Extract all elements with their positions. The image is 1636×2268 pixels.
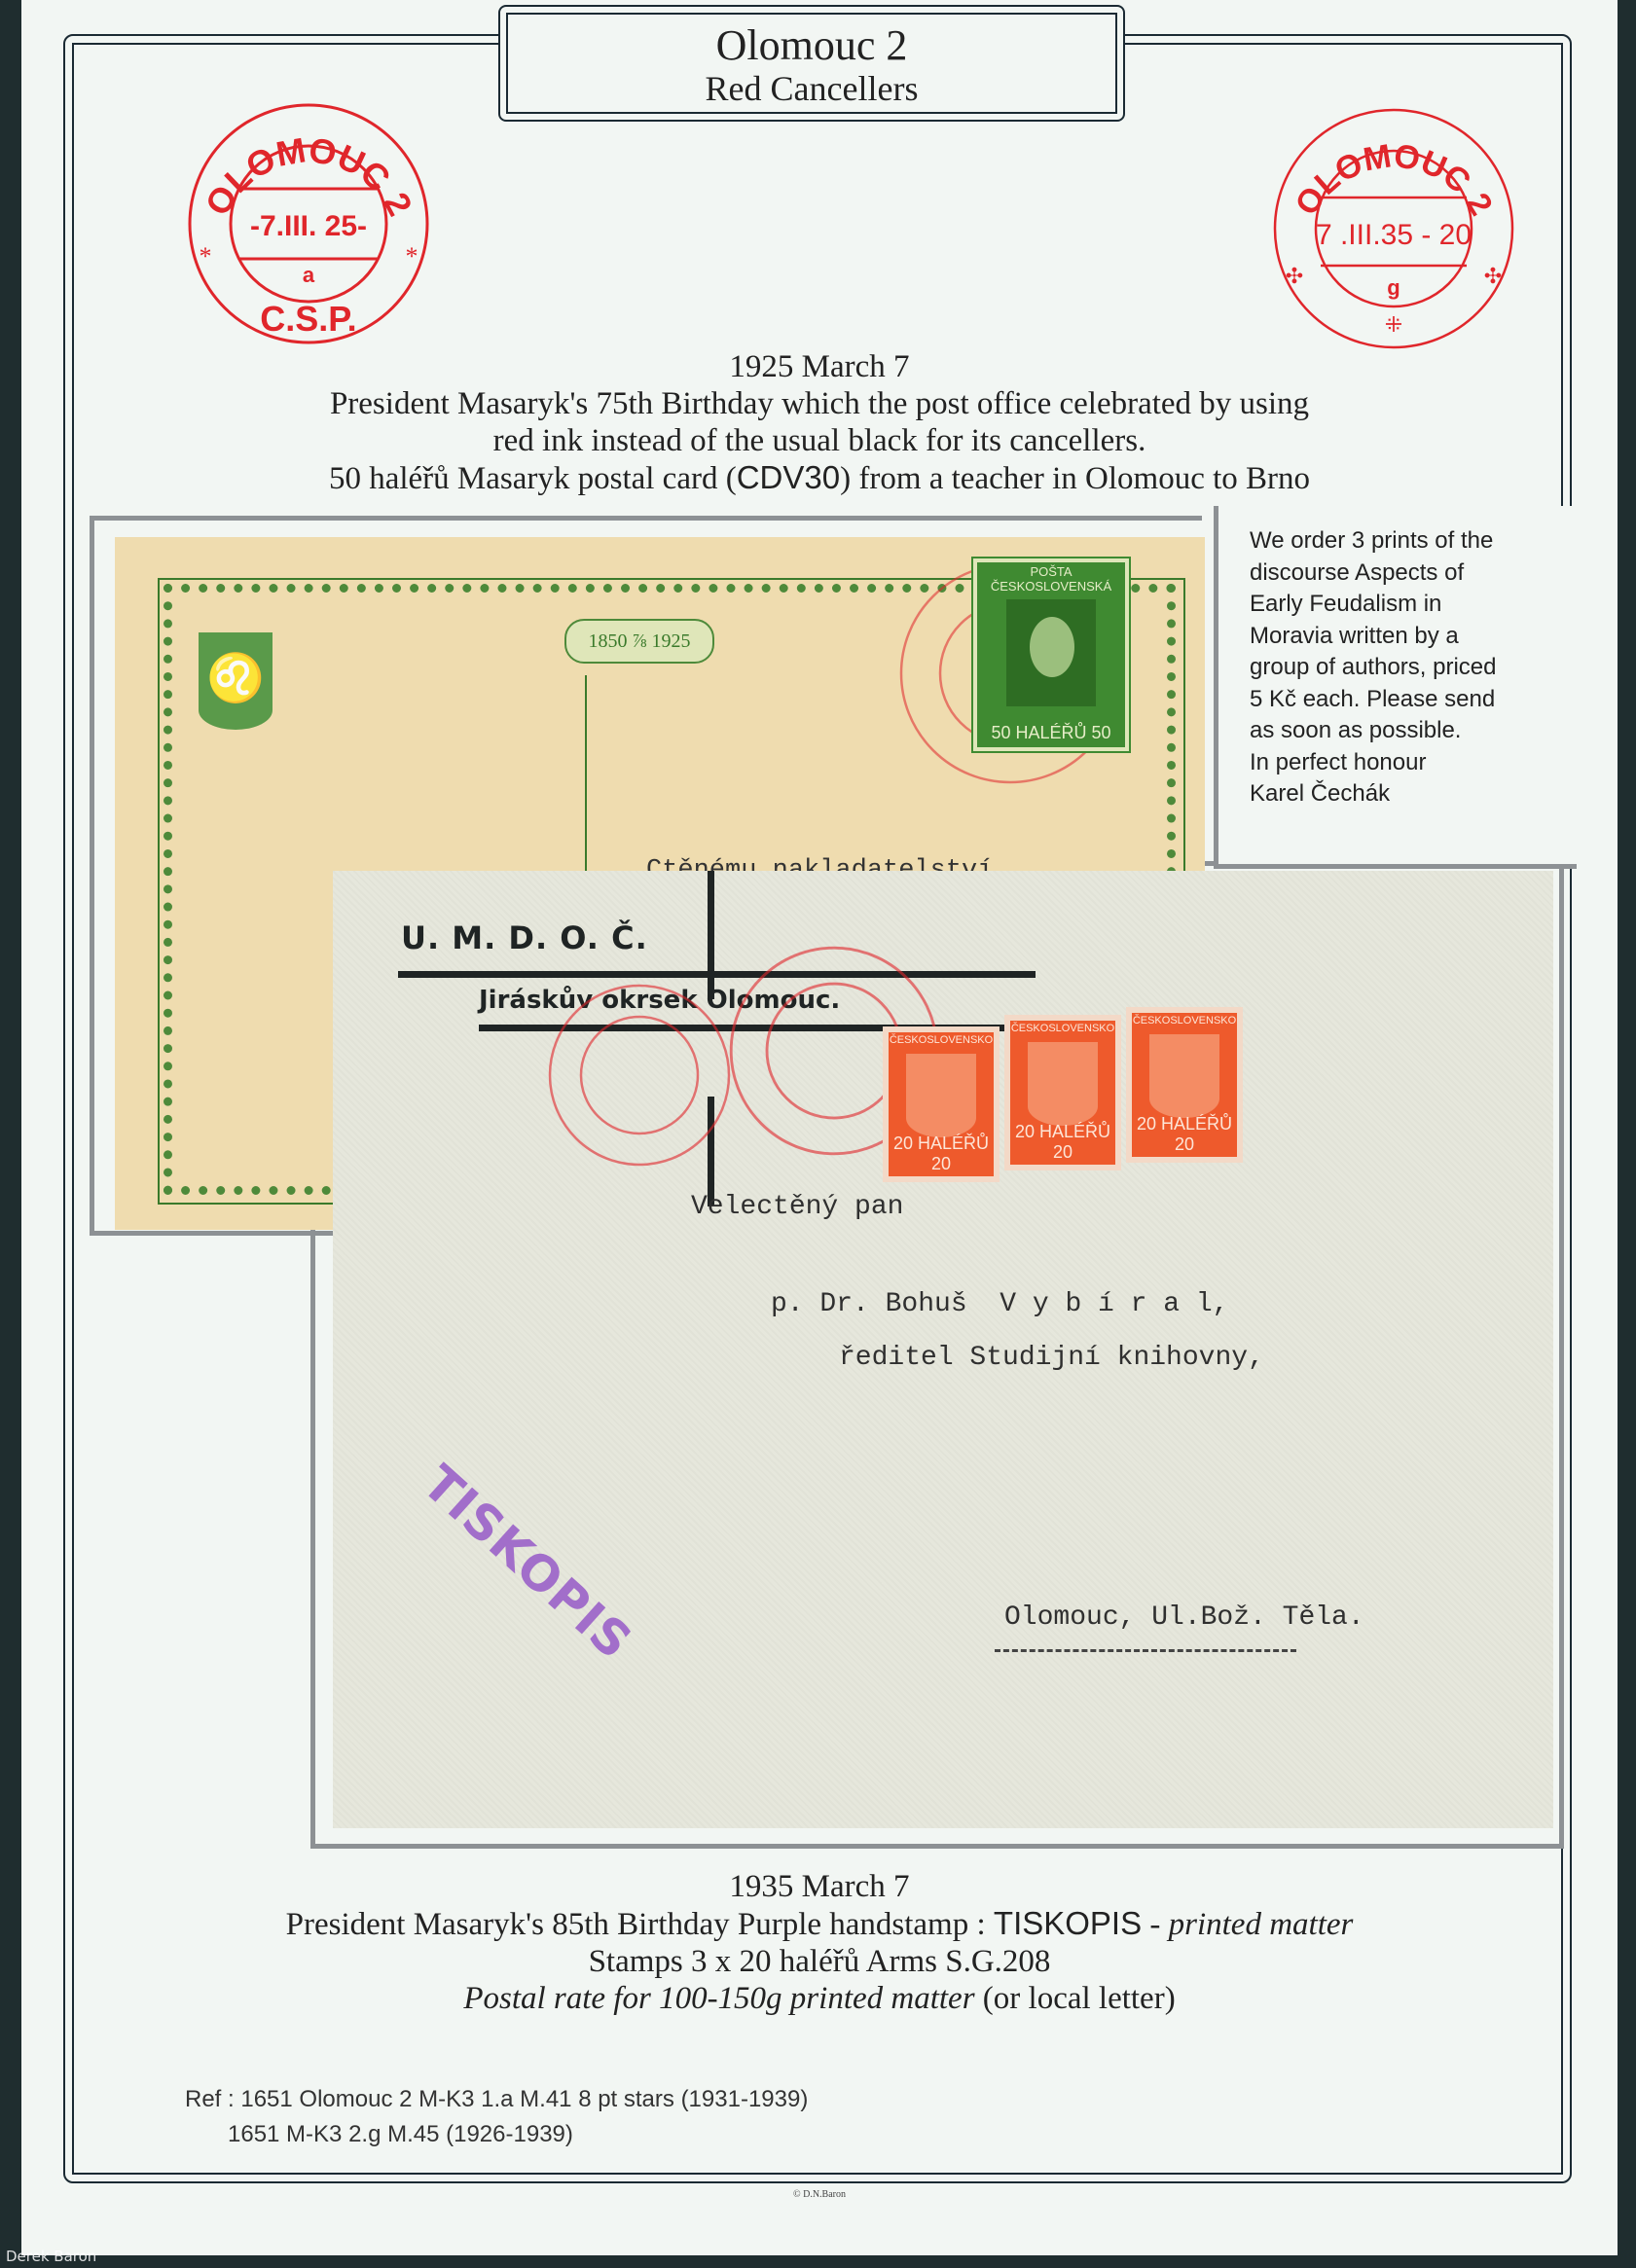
address-underline [995,1649,1296,1652]
note-line: We order 3 prints of the [1250,525,1581,558]
caption-text: ) from a teacher in Olomouc to Brno [840,461,1310,496]
stamp-text: POŠTA [977,564,1125,579]
postmark-envelope-left-icon [542,978,737,1172]
sender-organisation: U. M. D. O. Č. [401,919,648,956]
album-page: Olomouc 2 Red Cancellers OLOMOUC 2 -7.II… [21,0,1618,2255]
envelope-1935: U. M. D. O. Č. Jiráskův okrsek Olomouc. … [333,871,1553,1828]
stamp-value: 20 HALÉŘŮ 20 [1010,1122,1115,1163]
arms-shield-icon [906,1054,976,1137]
reference-line: 1651 M-K3 2.g M.45 (1926-1939) [185,2117,808,2152]
svg-text:OLOMOUC 2: OLOMOUC 2 [197,129,419,222]
arms-shield-icon [1028,1042,1098,1126]
svg-text:*: * [200,242,212,270]
caption-1935-line: Stamps 3 x 20 haléřů Arms S.G.208 [21,1943,1618,1980]
note-line: Early Feudalism in [1250,589,1581,621]
svg-text:7 .III.35 - 20: 7 .III.35 - 20 [1316,219,1472,251]
copyright: © D.N.Baron [21,2189,1618,2200]
stamp-value: 50 HALÉŘŮ 50 [977,723,1125,743]
watermark: Derek Baron [6,2248,96,2265]
stamp-text: ČESKOSLOVENSKO [889,1034,994,1046]
caption-1925-line: President Masaryk's 75th Birthday which … [21,385,1618,422]
stamp-arms-20h: ČESKOSLOVENSKO 20 HALÉŘŮ 20 [883,1026,1000,1182]
caption-1925: 1925 March 7 President Masaryk's 75th Bi… [21,348,1618,497]
note-line: Moravia written by a [1250,621,1581,653]
caption-1935: 1935 March 7 President Masaryk's 85th Bi… [21,1868,1618,2017]
note-line: discourse Aspects of [1250,558,1581,590]
reference-line: Ref : 1651 Olomouc 2 M-K3 1.a M.41 8 pt … [185,2082,808,2117]
note-line: group of authors, priced [1250,652,1581,684]
note-line: Karel Čechák [1250,778,1581,810]
caption-1925-line: red ink instead of the usual black for i… [21,422,1618,459]
postmark-1925-icon: OLOMOUC 2 -7.III. 25- a C.S.P. * * [182,97,435,350]
page-title: Olomouc 2 [508,22,1115,69]
stamp-arms-20h: ČESKOSLOVENSKO 20 HALÉŘŮ 20 [1004,1015,1121,1170]
reference-note: Ref : 1651 Olomouc 2 M-K3 1.a M.41 8 pt … [185,2082,808,2152]
caption-text: 50 haléřů Masaryk postal card ( [329,461,737,496]
imprinted-stamp-masaryk: POŠTAČESKOSLOVENSKÁ 50 HALÉŘŮ 50 [973,558,1129,751]
caption-text: printed matter [1169,1907,1354,1942]
svg-text:✣: ✣ [1286,264,1303,288]
svg-text:C.S.P.: C.S.P. [260,299,356,339]
caption-text: Postal rate for 100-150g printed matter [463,1981,974,2016]
postmark-1935-icon: OLOMOUC 2 7 .III.35 - 20 g ⁜ ✣ ✣ [1267,102,1520,355]
stamp-strip: ČESKOSLOVENSKO 20 HALÉŘŮ 20 ČESKOSLOVENS… [883,1007,1408,1168]
caption-1925-line: 50 haléřů Masaryk postal card (CDV30) fr… [21,459,1618,497]
note-line: In perfect honour [1250,747,1581,779]
handstamp-word: TISKOPIS [994,1905,1142,1941]
svg-text:✣: ✣ [1484,264,1502,288]
caption-text: President Masaryk's 85th Birthday Purple… [286,1907,994,1942]
page-subtitle: Red Cancellers [508,69,1115,108]
arms-shield-icon [1149,1034,1219,1118]
address-line: Olomouc, Ul.Bož. Těla. [1004,1602,1364,1633]
caption-1935-line: Postal rate for 100-150g printed matter … [21,1980,1618,2017]
caption-1935-line: President Masaryk's 85th Birthday Purple… [21,1905,1618,1943]
stamp-arms-20h: ČESKOSLOVENSKO 20 HALÉŘŮ 20 [1126,1007,1243,1163]
caption-1935-date: 1935 March 7 [21,1868,1618,1905]
tiskopis-handstamp: TISKOPIS [412,1455,642,1671]
note-line: as soon as possible. [1250,715,1581,747]
stamp-text: ČESKOSLOVENSKO [1132,1015,1237,1026]
page-title-box: Olomouc 2 Red Cancellers [498,5,1125,122]
caption-text: - [1142,1907,1169,1942]
address-line: p. Dr. Bohuš V y b í r a l, [771,1289,1228,1319]
caption-text: (or local letter) [975,1981,1176,2016]
svg-text:-7.III. 25-: -7.III. 25- [250,210,367,242]
address-line: ředitel Studijní knihovny, [839,1343,1264,1373]
svg-text:g: g [1387,275,1400,300]
stamp-text: ČESKOSLOVENSKÁ [977,579,1125,594]
stamp-text: ČESKOSLOVENSKO [1010,1023,1115,1034]
svg-text:⁜: ⁜ [1385,312,1402,337]
catalogue-code: CDV30 [737,459,840,495]
address-line: Velectěný pan [691,1192,903,1222]
masaryk-portrait-icon [1006,599,1096,706]
svg-text:*: * [406,242,418,270]
stamp-value: 20 HALÉŘŮ 20 [1132,1114,1237,1155]
svg-text:a: a [303,263,315,287]
coat-of-arms-icon: ♌ [199,632,273,730]
stamp-value: 20 HALÉŘŮ 20 [889,1134,994,1174]
anniversary-banner: 1850 ⅞ 1925 [564,619,714,664]
translation-note: We order 3 prints of the discourse Aspec… [1250,525,1581,810]
note-line: 5 Kč each. Please send [1250,684,1581,716]
